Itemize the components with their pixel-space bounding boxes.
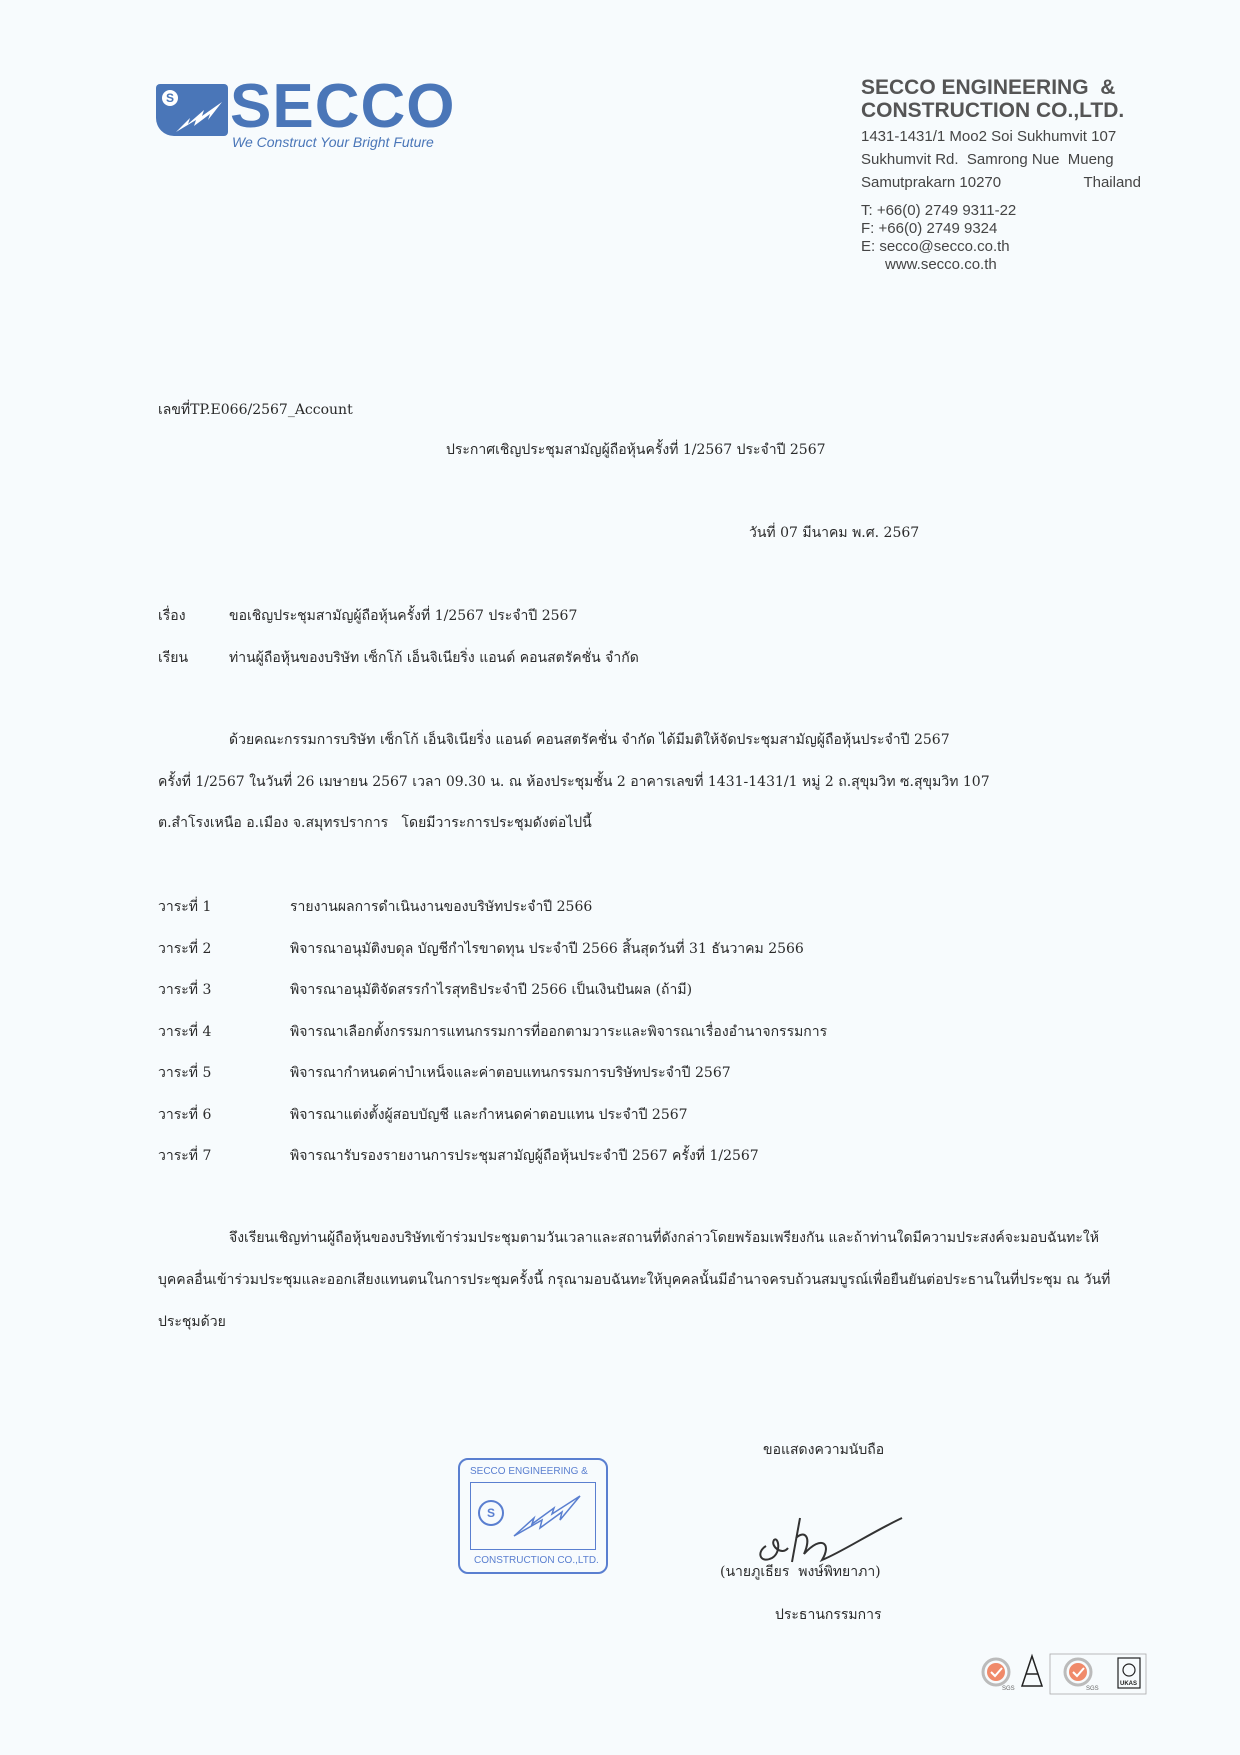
- agenda-item-label: วาระที่ 6: [158, 1105, 211, 1125]
- recipient-text: ท่านผู้ถือหุ้นของบริษัท เซ็กโก้ เอ็นจิเน…: [229, 648, 639, 668]
- address-country: Thailand: [1083, 171, 1141, 194]
- logo-tagline: We Construct Your Bright Future: [232, 134, 434, 150]
- agenda-item-label: วาระที่ 1: [158, 897, 211, 917]
- agenda-item-text: พิจารณารับรองรายงานการประชุมสามัญผู้ถือห…: [290, 1146, 759, 1166]
- intro-line-3: ต.สำโรงเหนือ อ.เมือง จ.สมุทรปราการ โดยมี…: [158, 813, 592, 833]
- intro-line-2: ครั้งที่ 1/2567 ในวันที่ 26 เมษายน 2567 …: [158, 772, 990, 792]
- closing-line-3: ประชุมด้วย: [158, 1312, 226, 1332]
- svg-text:SGS: SGS: [1086, 1686, 1099, 1692]
- page-title: ประกาศเชิญประชุมสามัญผู้ถือหุ้นครั้งที่ …: [446, 440, 826, 460]
- website-link[interactable]: www.secco.co.th: [861, 256, 1141, 274]
- letter-date: วันที่ 07 มีนาคม พ.ศ. 2567: [749, 523, 919, 543]
- agenda-item-text: รายงานผลการดำเนินงานของบริษัทประจำปี 256…: [290, 897, 592, 917]
- reference-number: เลขที่TP.E066/2567_Account: [158, 400, 353, 420]
- subject-label: เรื่อง: [158, 606, 186, 626]
- email-link[interactable]: E: secco@secco.co.th: [861, 238, 1141, 256]
- stamp-s-icon: S: [478, 1500, 504, 1526]
- address-line1: 1431-1431/1 Moo2 Soi Sukhumvit 107: [861, 125, 1141, 148]
- sgs-cert-icon-2: SGS: [1065, 1659, 1099, 1692]
- company-name-line1: SECCO ENGINEERING &: [861, 76, 1141, 99]
- agenda-item-text: พิจารณาอนุมัติงบดุล บัญชีกำไรขาดทุน ประจ…: [290, 939, 804, 959]
- stamp-lightning-icon: [512, 1494, 582, 1538]
- intro-line-1: ด้วยคณะกรรมการบริษัท เซ็กโก้ เอ็นจิเนียร…: [229, 730, 950, 750]
- s-lightning-logo-icon: S: [156, 84, 228, 136]
- certification-logos: SGS SGS UKAS: [978, 1652, 1148, 1696]
- signature-icon: [752, 1512, 912, 1568]
- ukas-cert-icon: UKAS: [1118, 1658, 1140, 1688]
- svg-text:UKAS: UKAS: [1120, 1681, 1137, 1687]
- company-name-line2: CONSTRUCTION CO.,LTD.: [861, 99, 1141, 122]
- agenda-item-text: พิจารณาอนุมัติจัดสรรกำไรสุทธิประจำปี 256…: [290, 980, 692, 1000]
- logo-wordmark: SECCO: [230, 74, 455, 140]
- sgs-cert-icon: SGS: [983, 1659, 1015, 1692]
- signatory-name: (นายภูเธียร พงษ์พิทยาภา): [720, 1562, 881, 1582]
- closing-line-2: บุคคลอื่นเข้าร่วมประชุมและออกเสียงแทนตนใ…: [158, 1270, 1110, 1290]
- signatory-position: ประธานกรรมการ: [775, 1605, 882, 1625]
- agenda-item-label: วาระที่ 5: [158, 1063, 211, 1083]
- agenda-item-text: พิจารณากำหนดค่าบำเหน็จและค่าตอบแทนกรรมกา…: [290, 1063, 731, 1083]
- agenda-item-label: วาระที่ 3: [158, 980, 211, 1000]
- regards-text: ขอแสดงความนับถือ: [763, 1440, 884, 1460]
- agenda-item-label: วาระที่ 2: [158, 939, 211, 959]
- closing-line-1: จึงเรียนเชิญท่านผู้ถือหุ้นของบริษัทเข้าร…: [229, 1228, 1099, 1248]
- accreditation-cert-icon: [1022, 1656, 1042, 1686]
- agenda-item-text: พิจารณาแต่งตั้งผู้สอบบัญชี และกำหนดค่าตอ…: [290, 1105, 688, 1125]
- recipient-label: เรียน: [158, 648, 188, 668]
- agenda-item-label: วาระที่ 7: [158, 1146, 211, 1166]
- subject-text: ขอเชิญประชุมสามัญผู้ถือหุ้นครั้งที่ 1/25…: [229, 606, 577, 626]
- lightning-bolt-icon: [174, 100, 224, 134]
- company-stamp: SECCO ENGINEERING & S CONSTRUCTION CO.,L…: [458, 1458, 608, 1574]
- address-line3: Samutprakarn 10270: [861, 171, 1001, 194]
- fax: F: +66(0) 2749 9324: [861, 220, 1141, 238]
- address-line2: Sukhumvit Rd. Samrong Nue Mueng: [861, 148, 1141, 171]
- phone: T: +66(0) 2749 9311-22: [861, 202, 1141, 220]
- svg-text:SGS: SGS: [1002, 1686, 1015, 1692]
- agenda-item-label: วาระที่ 4: [158, 1022, 211, 1042]
- agenda-item-text: พิจารณาเลือกตั้งกรรมการแทนกรรมการที่ออกต…: [290, 1022, 827, 1042]
- company-info: SECCO ENGINEERING & CONSTRUCTION CO.,LTD…: [861, 76, 1141, 274]
